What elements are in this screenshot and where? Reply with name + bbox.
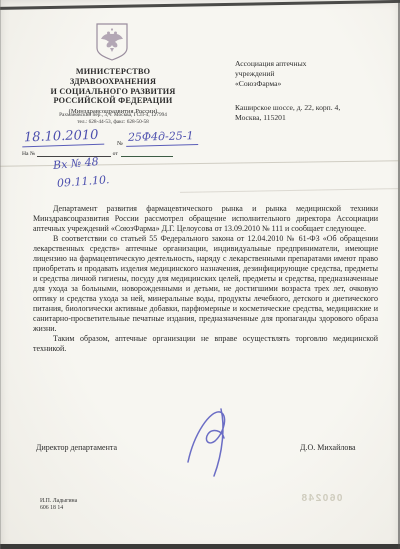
handwritten-outgoing-number: 25Ф4д-25-1 (126, 129, 198, 147)
recipient-name-line: «СоюзФарма» (235, 79, 385, 89)
ministry-title-line: МИНИСТЕРСТВО (14, 67, 212, 77)
recipient-address-line: Каширское шоссе, д. 22, корп. 4, (235, 103, 385, 113)
ministry-title-line: ЗДРАВООХРАНЕНИЯ (14, 77, 212, 87)
ot-label: от (113, 151, 118, 157)
executor-name: И.П. Ладыгина (40, 498, 77, 505)
scanned-letter-page: МИНИСТЕРСТВО ЗДРАВООХРАНЕНИЯ И СОЦИАЛЬНО… (0, 0, 400, 549)
ministry-title-line: РОССИЙСКОЙ ФЕДЕРАЦИИ (14, 96, 212, 106)
letterhead-address-line: Рахмановский пер., 3, г. Москва, ГСП-4, … (14, 112, 212, 119)
body-paragraph: Департамент развития фармацевтического р… (33, 204, 378, 234)
scan-edge-bottom (0, 544, 400, 549)
signer-name: Д.О. Михайлова (300, 443, 356, 452)
handwritten-signature-icon (180, 404, 252, 485)
letterhead-address: Рахмановский пер., 3, г. Москва, ГСП-4, … (14, 112, 212, 125)
recipient-address-line: Москва, 115201 (235, 113, 385, 123)
letterhead-address-line: тел.: 628-44-53, факс: 628-50-58 (14, 119, 212, 126)
scan-edge-left (0, 0, 1, 549)
scan-edge-top (0, 0, 400, 9)
russia-coat-of-arms-icon (95, 22, 129, 67)
executor-phone: 606 18 14 (40, 505, 77, 512)
paper-crease (180, 188, 400, 193)
blank-line (121, 150, 173, 157)
number-label: № (117, 141, 123, 147)
handwritten-date: 18.10.2010 (22, 128, 105, 148)
recipient-name-line: Ассоциация аптечных (235, 59, 385, 69)
handwritten-incoming-date: 09.11.10. (57, 173, 110, 190)
letter-body: Департамент развития фармацевтического р… (33, 204, 378, 354)
recipient-name-line: учреждений (235, 69, 385, 79)
blank-line (37, 150, 111, 157)
signer-position: Директор департамента (36, 443, 117, 452)
body-paragraph: В соответствии со статьей 55 Федеральног… (33, 234, 378, 334)
handwritten-incoming-number: Вх № 48 (53, 155, 100, 172)
na-number-label: На № (22, 151, 35, 157)
letterhead-title-block: МИНИСТЕРСТВО ЗДРАВООХРАНЕНИЯ И СОЦИАЛЬНО… (14, 67, 212, 115)
bleed-through-number: 060248 (300, 493, 342, 504)
ministry-title-line: И СОЦИАЛЬНОГО РАЗВИТИЯ (14, 87, 212, 97)
executor-block: И.П. Ладыгина 606 18 14 (40, 498, 77, 512)
body-paragraph: Таким образом, аптечные организации не в… (33, 334, 378, 354)
recipient-block: Ассоциация аптечных учреждений «СоюзФарм… (235, 59, 385, 123)
